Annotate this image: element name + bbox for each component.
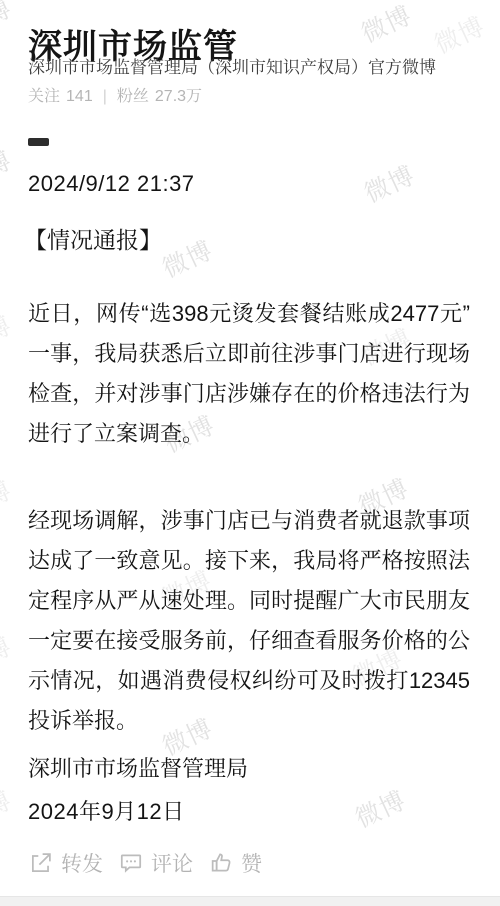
bottom-edge-strip: [0, 896, 500, 906]
profile-description: 深圳市市场监督管理局（深圳市知识产权局）官方微博: [28, 57, 436, 80]
weibo-watermark: 微博: [349, 781, 411, 836]
post-headline: 【情况通报】: [24, 222, 162, 255]
comment-label: 评论: [151, 848, 193, 878]
weibo-watermark: 微博: [0, 627, 17, 682]
post-paragraph: 近日，网传“选398元烫发套餐结账成2477元”一事，我局获悉后立即前往涉事门店…: [28, 294, 470, 454]
following-count: 141: [66, 86, 93, 108]
collapsed-media-dash: [28, 138, 49, 146]
post-signature: 深圳市市场监督管理局: [28, 752, 248, 783]
weibo-watermark: 微博: [0, 0, 17, 43]
post-action-bar: 转发 评论 赞: [28, 848, 262, 878]
comment-button[interactable]: 评论: [118, 848, 193, 878]
post-body: 近日，网传“选398元烫发套餐结账成2477元”一事，我局获悉后立即前往涉事门店…: [28, 294, 470, 741]
weibo-watermark: 微博: [0, 306, 17, 361]
repost-button[interactable]: 转发: [28, 848, 103, 878]
comment-icon: [118, 850, 144, 876]
followers-label: 粉丝: [117, 86, 149, 108]
weibo-watermark: 微博: [355, 0, 417, 50]
like-button[interactable]: 赞: [208, 848, 262, 878]
following-label: 关注: [28, 86, 60, 108]
weibo-watermark: 微博: [0, 141, 17, 196]
weibo-watermark: 微博: [156, 231, 218, 286]
post-sign-date: 2024年9月12日: [28, 795, 185, 826]
weibo-watermark: 微博: [0, 781, 17, 836]
following-stat[interactable]: 关注 141: [28, 86, 93, 108]
post-timestamp: 2024/9/12 21:37: [28, 171, 195, 197]
like-label: 赞: [241, 848, 262, 878]
weibo-watermark: 微博: [0, 471, 17, 526]
weibo-watermark: 微博: [358, 156, 420, 211]
repost-label: 转发: [61, 848, 103, 878]
like-icon: [208, 850, 234, 876]
repost-icon: [28, 850, 54, 876]
followers-count: 27.3万: [155, 86, 202, 108]
stats-separator: |: [103, 86, 107, 108]
weibo-post-screenshot: 微博 微博 微博 微博 微博 微博 微博 微博 微博 微博 微博 微博 微博 微…: [0, 0, 500, 906]
profile-stats: 关注 141 | 粉丝 27.3万: [28, 86, 202, 108]
weibo-watermark: 微博: [428, 7, 490, 62]
followers-stat[interactable]: 粉丝 27.3万: [117, 86, 202, 108]
post-paragraph: 经现场调解，涉事门店已与消费者就退款事项达成了一致意见。接下来，我局将严格按照法…: [28, 501, 470, 741]
